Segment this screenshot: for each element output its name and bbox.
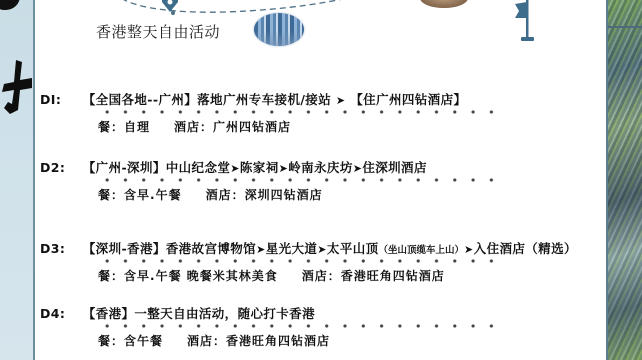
route-text: 【深圳-香港】香港故宫博物馆: [83, 241, 256, 256]
meal-value: 含午餐: [124, 334, 163, 348]
day-route: D3: 【深圳-香港】香港故宫博物馆➤星光大道➤太平山顶（坐山顶缆车上山）➤入住…: [40, 239, 577, 257]
day-route: DI: 【全国各地--广州】落地广州专车接机/接站 ➤ 【住广州四钻酒店】: [40, 90, 498, 108]
route-text: 【全国各地--广州】落地广州专车接机/接站: [83, 92, 331, 107]
day-route: D4: 【香港】一整天自由活动，随心打卡香港: [40, 304, 498, 322]
dotted-divider: [98, 109, 498, 115]
route-stop: 入住酒店（精选）: [474, 241, 577, 256]
hotel-label: 酒店：: [302, 269, 341, 283]
route-stop: 太平山顶: [327, 241, 379, 256]
day-meta: 餐：含早.午餐 晚餐米其林美食酒店：香港旺角四钻酒店: [98, 267, 577, 284]
meal-label: 餐：: [98, 334, 124, 348]
hotel-label: 酒店：: [174, 120, 213, 134]
day-label: D3:: [40, 241, 78, 256]
hong-kong-city-photo: [254, 13, 304, 46]
day-meta: 餐：含午餐酒店：香港旺角四钻酒店: [98, 332, 498, 349]
header-title: 香港整天自由活动: [96, 21, 220, 42]
flag-icon: [501, 0, 537, 44]
arrow-icon: ➤: [464, 243, 474, 256]
left-decorative-strip: [0, 0, 35, 360]
meal-label: 餐：: [98, 188, 124, 202]
route-stop: 星光大道: [266, 241, 318, 256]
hotel-label: 酒店：: [187, 334, 226, 348]
itinerary-day-4: D4: 【香港】一整天自由活动，随心打卡香港 餐：含午餐酒店：香港旺角四钻酒店: [40, 304, 498, 349]
itinerary-day-1: DI: 【全国各地--广州】落地广州专车接机/接站 ➤ 【住广州四钻酒店】 餐：…: [40, 90, 498, 135]
route-text: 【香港】一整天自由活动，随心打卡香港: [83, 306, 315, 321]
hotel-value: 广州四钻酒店: [213, 120, 291, 134]
itinerary-day-3: D3: 【深圳-香港】香港故宫博物馆➤星光大道➤太平山顶（坐山顶缆车上山）➤入住…: [40, 239, 577, 284]
meal-label: 餐：: [98, 269, 124, 283]
calligraphy-character: [2, 58, 32, 118]
itinerary-day-2: D2: 【广州-深圳】中山纪念堂➤陈家祠➤岭南永庆坊➤住深圳酒店 餐：含早.午餐…: [40, 158, 498, 203]
meal-label: 餐：: [98, 120, 124, 134]
arrow-icon: ➤: [279, 162, 289, 175]
day-meta: 餐：自理酒店：广州四钻酒店: [98, 118, 498, 135]
landmark-photo-thumbnail: [420, 0, 468, 8]
day-label: D2:: [40, 160, 78, 175]
arrow-icon: ➤: [353, 162, 363, 175]
route-text: 【广州-深圳】中山纪念堂: [83, 160, 231, 175]
dotted-divider: [98, 323, 498, 329]
day-label: DI:: [40, 92, 78, 107]
meal-value: 含早.午餐: [124, 188, 182, 202]
day-label: D4:: [40, 306, 78, 321]
right-decorative-photo-strip: [606, 0, 642, 360]
arrow-icon: ➤: [317, 243, 327, 256]
hotel-value: 香港旺角四钻酒店: [341, 269, 445, 283]
arrow-icon: ➤: [336, 94, 346, 107]
route-stop: 陈家祠: [240, 160, 279, 175]
hotel-value: 香港旺角四钻酒店: [226, 334, 330, 348]
day-meta: 餐：含早.午餐酒店：深圳四钻酒店: [98, 186, 498, 203]
hotel-label: 酒店：: [206, 188, 245, 202]
route-stop: 住深圳酒店: [362, 160, 427, 175]
dashed-route-line: [105, 0, 365, 16]
map-pin-icon: [162, 0, 178, 12]
meal-value: 含早.午餐 晚餐米其林美食: [124, 269, 278, 283]
day-route: D2: 【广州-深圳】中山纪念堂➤陈家祠➤岭南永庆坊➤住深圳酒店: [40, 158, 498, 176]
route-text-end: 【住广州四钻酒店】: [350, 92, 466, 107]
meal-value: 自理: [124, 120, 150, 134]
route-note: （坐山顶缆车上山）: [379, 245, 465, 256]
hotel-value: 深圳四钻酒店: [245, 188, 323, 202]
arrow-icon: ➤: [256, 243, 266, 256]
calligraphy-stroke: [0, 0, 20, 10]
route-stop: 岭南永庆坊: [288, 160, 353, 175]
dotted-divider: [98, 177, 498, 183]
dotted-divider: [98, 258, 498, 264]
arrow-icon: ➤: [230, 162, 240, 175]
